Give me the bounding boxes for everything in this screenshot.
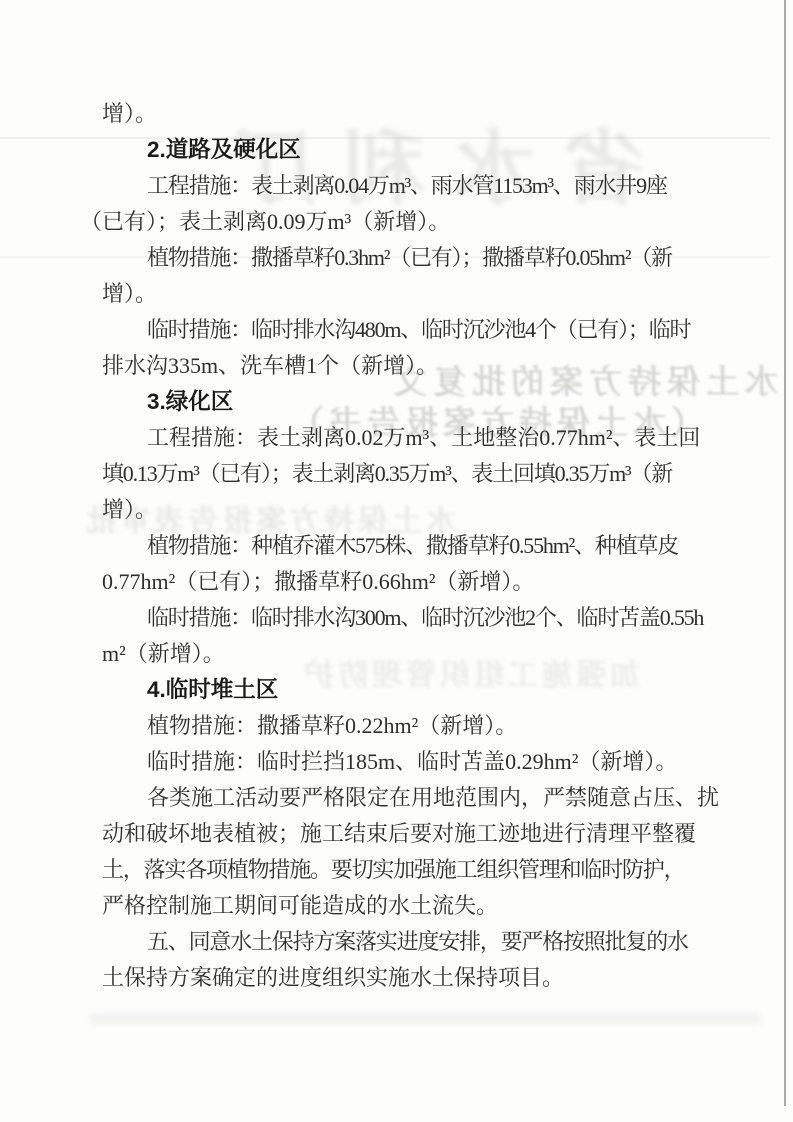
text-line: 五、同意水土保持方案落实进度安排，要严格按照批复的水 [102, 924, 750, 960]
text-line: 临时措施：临时拦挡185m、临时苫盖0.29hm²（新增）。 [102, 744, 750, 780]
text-line: （已有）；表土剥离0.09万m³（新增）。 [80, 204, 750, 240]
text-line: 临时措施：临时排水沟300m、临时沉沙池2个、临时苫盖0.55h [102, 600, 750, 636]
section-heading: 2.道路及硬化区 [102, 132, 750, 168]
document-body: 增）。2.道路及硬化区工程措施：表土剥离0.04万m³、雨水管1153m³、雨水… [102, 96, 750, 996]
text-line: 严格控制施工期间可能造成的水土流失。 [102, 888, 750, 924]
text-line: 土，落实各项植物措施。要切实加强施工组织管理和临时防护， [102, 852, 750, 888]
text-line: 土保持方案确定的进度组织实施水土保持项目。 [102, 960, 750, 996]
section-heading: 4.临时堆土区 [102, 672, 750, 708]
text-line: 填0.13万m³（已有）；表土剥离0.35万m³、表土回填0.35万m³（新 [102, 456, 750, 492]
text-line: 植物措施：种植乔灌木575株、撒播草籽0.55hm²、种植草皮 [102, 528, 750, 564]
text-line: 工程措施：表土剥离0.04万m³、雨水管1153m³、雨水井9座 [102, 168, 750, 204]
text-line: 植物措施：撒播草籽0.3hm²（已有）；撒播草籽0.05hm²（新 [102, 240, 750, 276]
text-line: 动和破坏地表植被；施工结束后要对施工迹地进行清理平整覆 [102, 816, 750, 852]
text-line: 增）。 [102, 96, 750, 132]
text-line: 工程措施：表土剥离0.02万m³、土地整治0.77hm²、表土回 [102, 420, 750, 456]
text-line: 植物措施：撒播草籽0.22hm²（新增）。 [102, 708, 750, 744]
scan-edge-artifact [784, 0, 786, 1106]
text-line: 排水沟335m、洗车槽1个（新增）。 [102, 348, 750, 384]
text-line: 临时措施：临时排水沟480m、临时沉沙池4个（已有）；临时 [102, 312, 750, 348]
text-line: 增）。 [102, 492, 750, 528]
text-line: m²（新增）。 [102, 636, 750, 672]
section-heading: 3.绿化区 [102, 384, 750, 420]
text-line: 增）。 [102, 276, 750, 312]
scan-streak [90, 1014, 760, 1024]
text-line: 各类施工活动要严格限定在用地范围内，严禁随意占压、扰 [102, 780, 750, 816]
text-line: 0.77hm²（已有）；撒播草籽0.66hm²（新增）。 [102, 564, 750, 600]
scanned-document-page: 省水利厅水土保持方案的批复文（水土保持方案报告书）水土保持方案报告表审批加强施工… [0, 0, 793, 1122]
